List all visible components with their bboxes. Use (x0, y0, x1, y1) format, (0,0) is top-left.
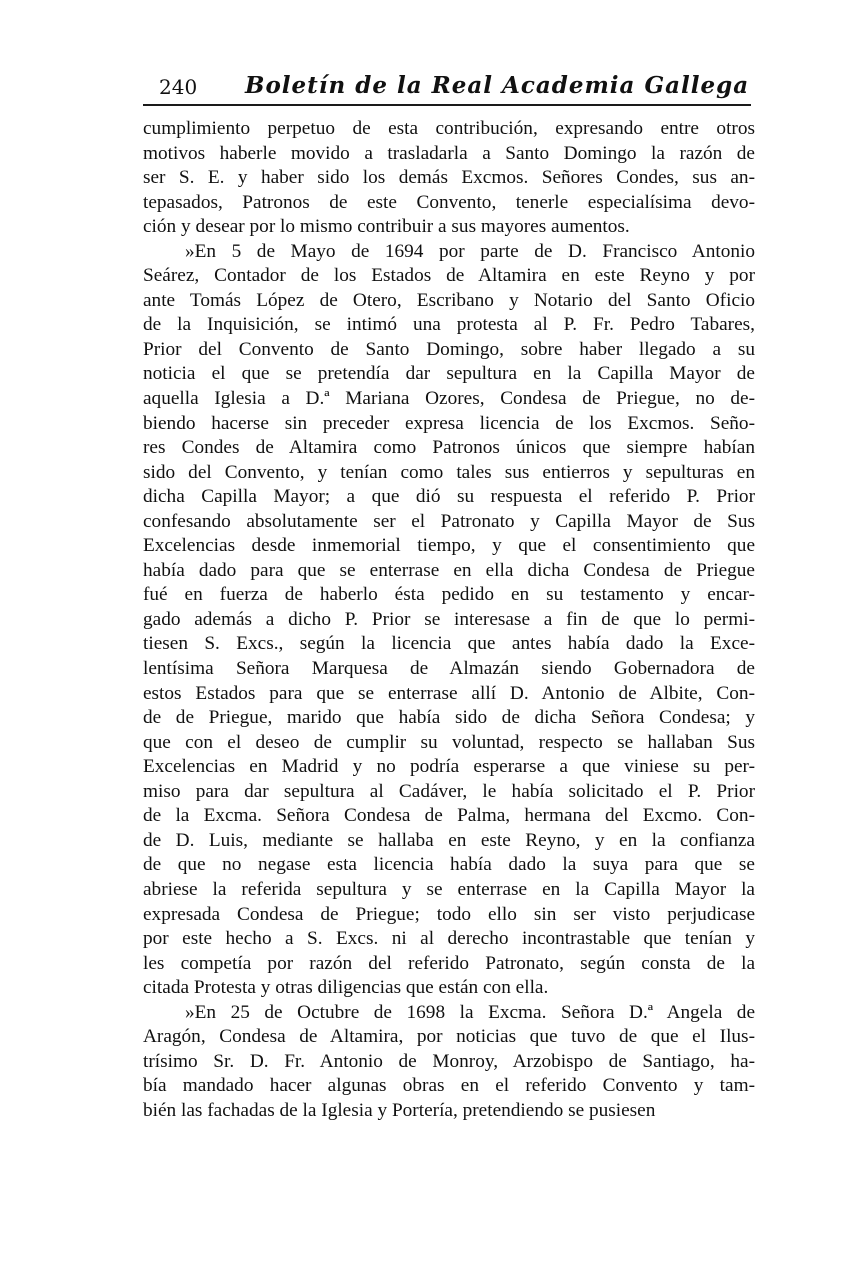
text-line: por este hecho a S. Excs. ni al derecho … (143, 927, 755, 952)
text-line: ción y desear por lo mismo contribuir a … (143, 215, 755, 240)
text-line: aquella Iglesia a D.ª Mariana Ozores, Co… (143, 387, 755, 412)
text-line: de que no negase esta licencia había dad… (143, 853, 755, 878)
text-line: »En 5 de Mayo de 1694 por parte de D. Fr… (143, 240, 755, 265)
text-line: cumplimiento perpetuo de esta contribuci… (143, 117, 755, 142)
text-line: ante Tomás López de Otero, Escribano y N… (143, 289, 755, 314)
text-line: miso para dar sepultura al Cadáver, le h… (143, 780, 755, 805)
text-line: lentísima Señora Marquesa de Almazán sie… (143, 657, 755, 682)
text-line: trísimo Sr. D. Fr. Antonio de Monroy, Ar… (143, 1050, 755, 1075)
paragraph: cumplimiento perpetuo de esta contribuci… (143, 117, 755, 240)
text-line: ser S. E. y haber sido los demás Excmos.… (143, 166, 755, 191)
text-line: Aragón, Condesa de Altamira, por noticia… (143, 1025, 755, 1050)
running-header: 240 Boletín de la Real Academia Gallega (143, 70, 751, 106)
paragraph: »En 5 de Mayo de 1694 por parte de D. Fr… (143, 240, 755, 1001)
text-line: res Condes de Altamira como Patronos úni… (143, 436, 755, 461)
text-line: dicha Capilla Mayor; a que dió su respue… (143, 485, 755, 510)
text-line: biendo hacerse sin preceder expresa lice… (143, 412, 755, 437)
text-line: citada Protesta y otras diligencias que … (143, 976, 755, 1001)
page-number: 240 (159, 75, 197, 99)
text-line: confesando absolutamente ser el Patronat… (143, 510, 755, 535)
text-line: había dado para que se enterrase en ella… (143, 559, 755, 584)
text-line: estos Estados para que se enterrase allí… (143, 682, 755, 707)
text-line: les competía por razón del referido Patr… (143, 952, 755, 977)
text-line: bía mandado hacer algunas obras en el re… (143, 1074, 755, 1099)
text-line: de D. Luis, mediante se hallaba en este … (143, 829, 755, 854)
text-line: que con el deseo de cumplir su voluntad,… (143, 731, 755, 756)
body-text: cumplimiento perpetuo de esta contribuci… (143, 117, 755, 1123)
text-line: fué en fuerza de haberlo ésta pedido en … (143, 583, 755, 608)
text-line: expresada Condesa de Priegue; todo ello … (143, 903, 755, 928)
text-line: motivos haberle movido a trasladarla a S… (143, 142, 755, 167)
text-line: Excelencias en Madrid y no podría espera… (143, 755, 755, 780)
paragraph: »En 25 de Octubre de 1698 la Excma. Seño… (143, 1001, 755, 1124)
text-line: Excelencias desde inmemorial tiempo, y q… (143, 534, 755, 559)
text-line: Prior del Convento de Santo Domingo, sob… (143, 338, 755, 363)
text-line: abriese la referida sepultura y se enter… (143, 878, 755, 903)
journal-title: Boletín de la Real Academia Gallega (245, 72, 749, 99)
text-line: Seárez, Contador de los Estados de Altam… (143, 264, 755, 289)
text-line: gado además a dicho P. Prior se interesa… (143, 608, 755, 633)
text-line: de de Priegue, marido que había sido de … (143, 706, 755, 731)
text-line: noticia el que se pretendía dar sepultur… (143, 362, 755, 387)
text-line: de la Excma. Señora Condesa de Palma, he… (143, 804, 755, 829)
text-line: bién las fachadas de la Iglesia y Porter… (143, 1099, 755, 1124)
text-line: tiesen S. Excs., según la licencia que a… (143, 632, 755, 657)
text-line: tepasados, Patronos de este Convento, te… (143, 191, 755, 216)
text-line: de la Inquisición, se intimó una protest… (143, 313, 755, 338)
text-line: »En 25 de Octubre de 1698 la Excma. Seño… (143, 1001, 755, 1026)
text-line: sido del Convento, y tenían como tales s… (143, 461, 755, 486)
